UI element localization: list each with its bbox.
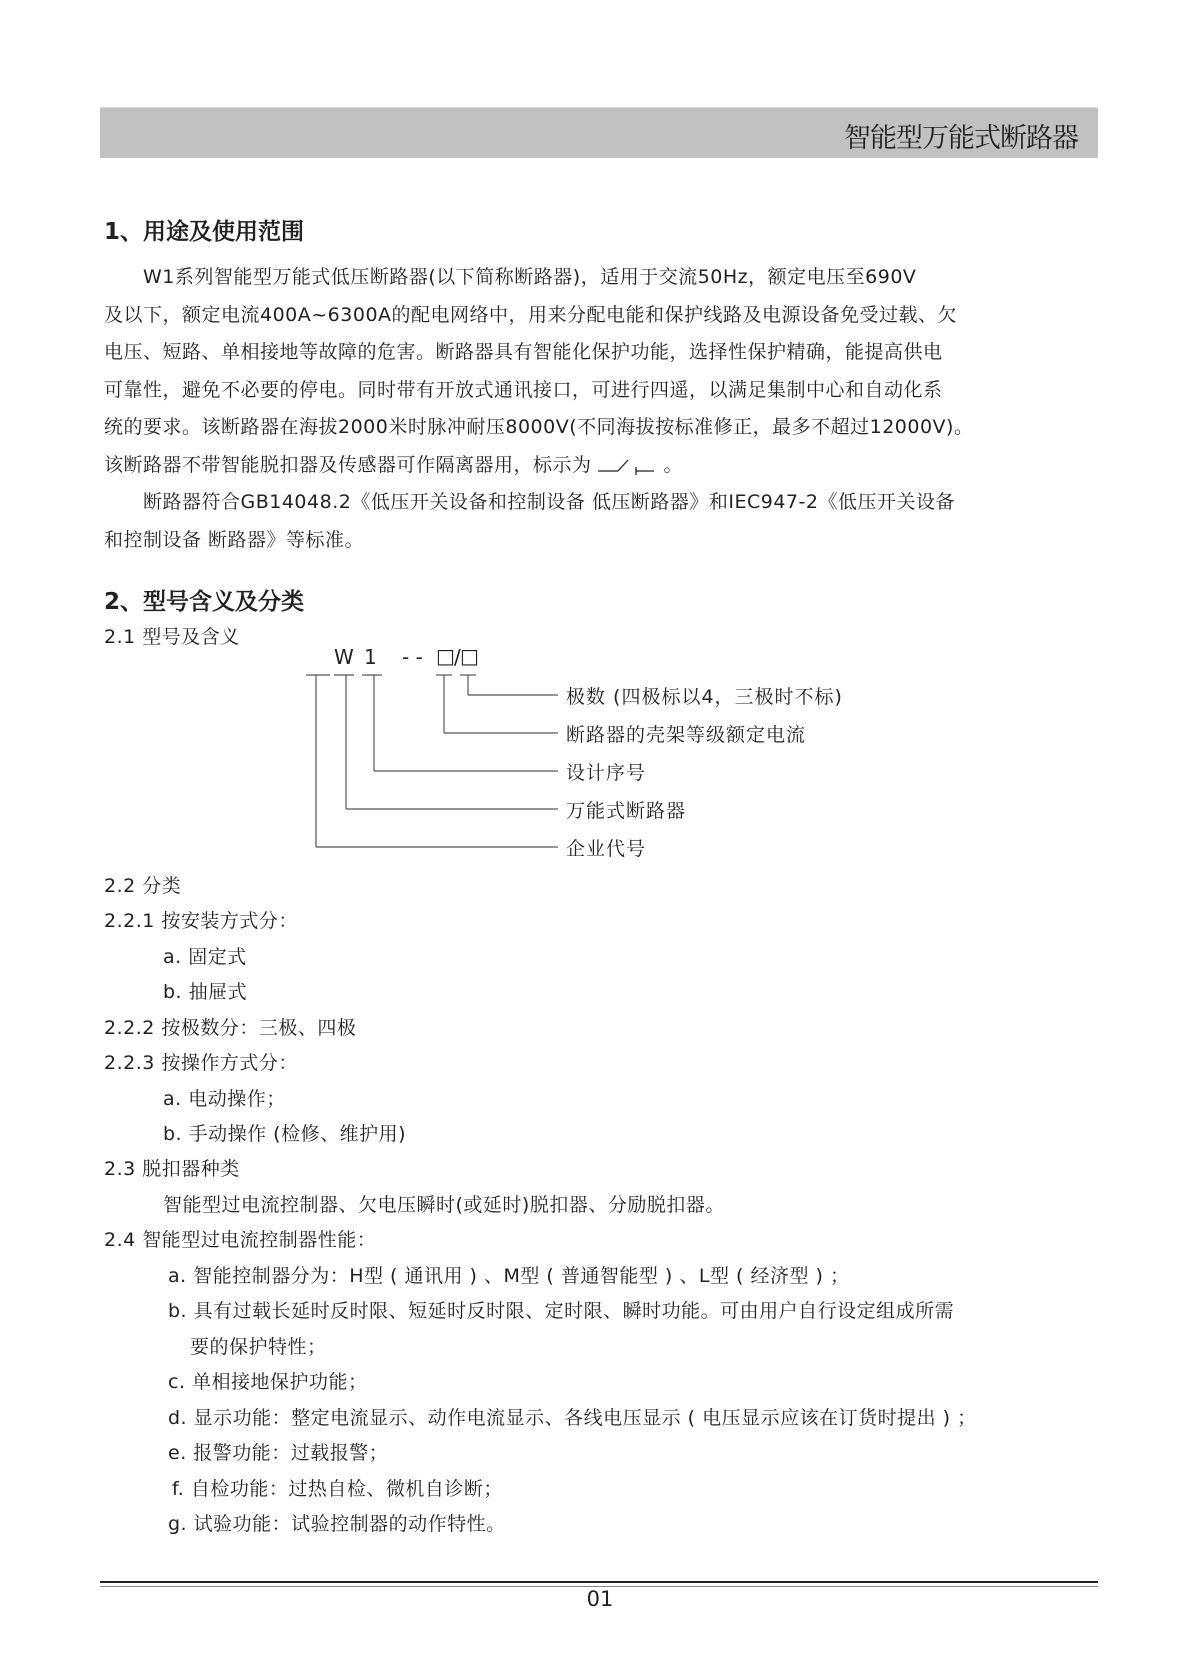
model-label-poles: 极数 (四极标以4，三极时不标) [566, 682, 843, 709]
text-line: W1系列智能型万能式低压断路器(以下简称断路器)，适用于交流50Hz，额定电压至… [104, 259, 1100, 297]
operate-item-manual: b. 手动操作 (检修、维护用) [163, 1119, 406, 1146]
perf-item-f: f. 自检功能：过热自检、微机自诊断； [172, 1474, 503, 1501]
perf-item-a: a. 智能控制器分为：H型 ( 通讯用 ) 、M型 ( 普通智能型 ) 、L型 … [168, 1261, 849, 1288]
header-bar: 智能型万能式断路器 [100, 107, 1098, 158]
model-code-w: W [334, 645, 354, 669]
model-code-dashes: - - [402, 645, 423, 669]
page-number: 01 [0, 1587, 1200, 1611]
text-line-with-symbol: 该断路器不带智能脱扣器及传感器可作隔离器用，标示为。 [104, 447, 1100, 485]
text-line: 。 [664, 454, 684, 476]
perf-item-e: e. 报警功能：过载报警； [168, 1438, 388, 1465]
text-line: 及以下，额定电流400A~6300A的配电网络中，用来分配电能和保护线路及电源设… [104, 297, 1100, 335]
perf-item-b-cont: 要的保护特性； [190, 1332, 327, 1359]
model-label-design-number: 设计序号 [566, 758, 646, 785]
subsection-2-3: 2.3 脱扣器种类 [104, 1154, 240, 1181]
section-1-heading: 1、用途及使用范围 [104, 213, 304, 246]
model-code-box-2: □ [460, 644, 479, 668]
install-item-drawout: b. 抽屉式 [163, 977, 247, 1004]
operate-item-electric: a. 电动操作； [163, 1084, 286, 1111]
section-2-heading: 2、型号含义及分类 [104, 583, 304, 616]
document-title: 智能型万能式断路器 [844, 116, 1078, 155]
text-line: 统的要求。该断路器在海拔2000米时脉冲耐压8000V(不同海拔按标准修正，最多… [104, 409, 1100, 447]
subsection-2-2-1: 2.2.1 按安装方式分： [104, 906, 298, 933]
perf-item-b: b. 具有过载长延时反时限、短延时反时限、定时限、瞬时功能。可由用户自行设定组成… [168, 1296, 954, 1323]
text-line: 和控制设备 断路器》等标准。 [104, 522, 1100, 560]
subsection-2-4: 2.4 智能型过电流控制器性能： [104, 1225, 376, 1252]
release-types: 智能型过电流控制器、欠电压瞬时(或延时)脱扣器、分励脱扣器。 [163, 1190, 725, 1217]
subsection-2-2: 2.2 分类 [104, 871, 181, 898]
model-code-diagram: W 1 - - □ / □ 极数 (四极标以4，三极时不标) 断路器的壳架等级额… [290, 655, 940, 875]
subsection-2-1: 2.1 型号及含义 [104, 622, 240, 649]
subsection-2-2-2: 2.2.2 按极数分：三极、四极 [104, 1013, 356, 1040]
perf-item-c: c. 单相接地保护功能； [168, 1367, 368, 1394]
model-label-frame-current: 断路器的壳架等级额定电流 [566, 720, 806, 747]
isolator-symbol-icon [596, 454, 660, 476]
model-label-company-code: 企业代号 [566, 834, 646, 861]
text-line: 电压、短路、单相接地等故障的危害。断路器具有智能化保护功能，选择性保护精确，能提… [104, 334, 1100, 372]
text-line: 可靠性，避免不必要的停电。同时带有开放式通讯接口，可进行四遥，以满足集制中心和自… [104, 372, 1100, 410]
model-label-breaker-type: 万能式断路器 [566, 796, 686, 823]
subsection-2-2-3: 2.2.3 按操作方式分： [104, 1048, 298, 1075]
text-line: 该断路器不带智能脱扣器及传感器可作隔离器用，标示为 [104, 454, 592, 476]
install-item-fixed: a. 固定式 [163, 942, 247, 969]
model-code-box-1: □ [436, 644, 455, 668]
perf-item-d: d. 显示功能：整定电流显示、动作电流显示、各线电压显示 ( 电压显示应该在订货… [168, 1403, 977, 1430]
section-1-paragraph-1: W1系列智能型万能式低压断路器(以下简称断路器)，适用于交流50Hz，额定电压至… [104, 259, 1100, 559]
text-line: 断路器符合GB14048.2《低压开关设备和控制设备 低压断路器》和IEC947… [104, 484, 1100, 522]
perf-item-g: g. 试验功能：试验控制器的动作特性。 [168, 1509, 506, 1536]
model-code-1: 1 [364, 645, 377, 669]
